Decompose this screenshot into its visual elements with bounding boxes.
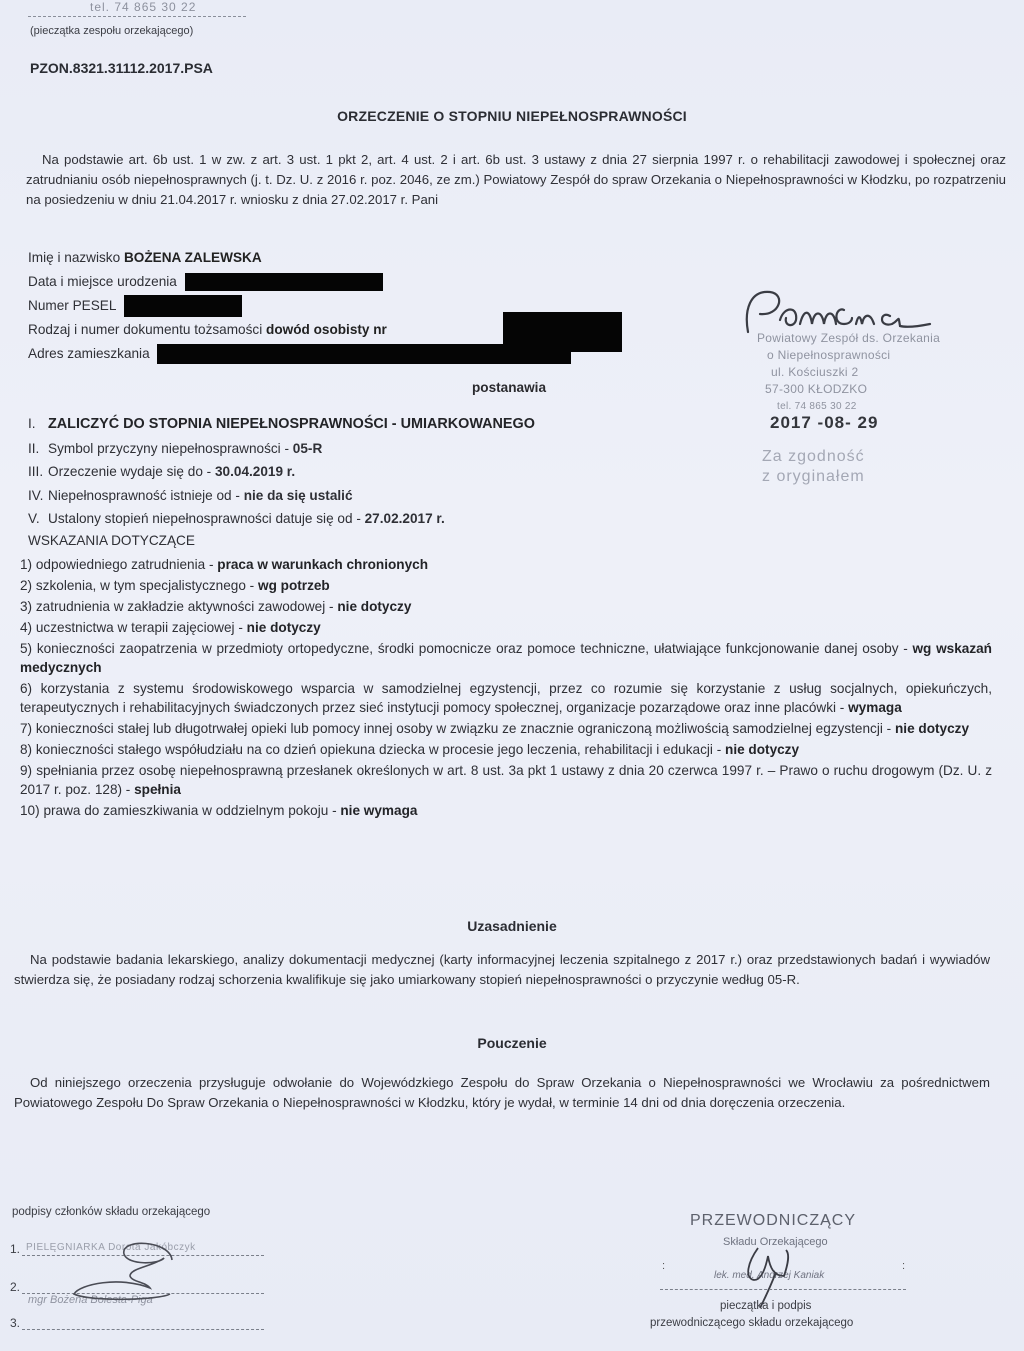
reference-number: PZON.8321.31112.2017.PSA xyxy=(30,60,213,76)
signature-line-3: 3. xyxy=(10,1316,264,1330)
indication-value: wg potrzeb xyxy=(258,578,330,593)
indication-item: 4) uczestnictwa w terapii zajęciowej - n… xyxy=(20,618,992,637)
indication-num: 4) xyxy=(20,620,32,635)
decision-heading-text: postanawia xyxy=(472,380,546,395)
birth-label: Data i miejsce urodzenia xyxy=(28,274,177,289)
decisions-list: I.ZALICZYĆ DO STOPNIA NIEPEŁNOSPRAWNOŚCI… xyxy=(28,412,535,552)
certification-stamp: Powiatowy Zespół ds. Orzekania o Niepełn… xyxy=(757,330,940,415)
decision-num: IV. xyxy=(28,484,48,508)
indication-text: prawa do zamieszkiwania w oddzielnym pok… xyxy=(43,803,340,818)
indication-num: 5) xyxy=(20,641,32,656)
justification-heading: Uzasadnienie xyxy=(0,918,1024,934)
document-title: ORZECZENIE O STOPNIU NIEPEŁNOSPRAWNOŚCI xyxy=(0,108,1024,124)
indication-item: 6) korzystania z systemu środowiskowego … xyxy=(20,679,992,717)
decision-value: 27.02.2017 r. xyxy=(365,511,445,526)
indication-num: 8) xyxy=(20,742,32,757)
decision-num: I. xyxy=(28,412,48,436)
signature-num: 2. xyxy=(10,1280,20,1294)
indication-text: szkolenia, w tym specjalistycznego - xyxy=(36,578,258,593)
pesel-label: Numer PESEL xyxy=(28,298,116,313)
team-stamp-phone: tel. 74 865 30 22 xyxy=(90,0,196,14)
name-row: Imię i nazwisko BOŻENA ZALEWSKA xyxy=(28,246,571,270)
id-doc-label: Rodzaj i numer dokumentu tożsamości xyxy=(28,322,262,337)
personal-data: Imię i nazwisko BOŻENA ZALEWSKA Data i m… xyxy=(28,246,571,366)
redaction-pesel xyxy=(124,295,242,317)
stamp-line-1: Powiatowy Zespół ds. Orzekania xyxy=(757,330,940,347)
decision-item: III.Orzeczenie wydaje się do - 30.04.201… xyxy=(28,460,535,484)
signature-dots xyxy=(22,1329,264,1330)
indication-text: konieczności stałego współudziału na co … xyxy=(36,742,725,757)
stamp-dotted-line xyxy=(28,16,246,17)
decision-text: Orzeczenie wydaje się do - xyxy=(48,464,215,479)
pesel-row: Numer PESEL xyxy=(28,294,571,318)
instruction-paragraph: Od niniejszego orzeczenia przysługuje od… xyxy=(14,1073,990,1113)
name-label: Imię i nazwisko xyxy=(28,250,120,265)
decision-main-text: ZALICZYĆ DO STOPNIA NIEPEŁNOSPRAWNOŚCI -… xyxy=(48,416,535,432)
indication-value: nie dotyczy xyxy=(337,599,411,614)
document-page: tel. 74 865 30 22 (pieczątka zespołu orz… xyxy=(0,0,1024,1351)
indication-item: 10) prawa do zamieszkiwania w oddzielnym… xyxy=(20,801,992,820)
indication-item: 8) konieczności stałego współudziału na … xyxy=(20,740,992,759)
decision-item: V.Ustalony stopień niepełnosprawności da… xyxy=(28,507,535,531)
indication-text: uczestnictwa w terapii zajęciowej - xyxy=(36,620,247,635)
stamp-line-3: ul. Kościuszki 2 xyxy=(757,364,940,381)
indication-value: spełnia xyxy=(134,782,181,797)
indication-item: 5) konieczności zaopatrzenia w przedmiot… xyxy=(20,639,992,677)
decision-text: Niepełnosprawność istnieje od - xyxy=(48,488,244,503)
decision-item: IV.Niepełnosprawność istnieje od - nie d… xyxy=(28,484,535,508)
indication-num: 6) xyxy=(20,681,32,696)
indication-item: 1) odpowiedniego zatrudnienia - praca w … xyxy=(20,555,992,574)
chairman-title: PRZEWODNICZĄCY xyxy=(690,1212,856,1230)
indication-num: 3) xyxy=(20,599,32,614)
indication-num: 10) xyxy=(20,803,40,818)
decision-text: Symbol przyczyny niepełnosprawności - xyxy=(48,441,293,456)
birth-row: Data i miejsce urodzenia xyxy=(28,270,571,294)
chairman-dotted-line xyxy=(660,1289,906,1290)
decision-value: 30.04.2019 r. xyxy=(215,464,295,479)
indication-item: 3) zatrudnienia w zakładzie aktywności z… xyxy=(20,597,992,616)
justification-text: Na podstawie badania lekarskiego, analiz… xyxy=(14,952,990,987)
decision-item: II.Symbol przyczyny niepełnosprawności -… xyxy=(28,437,535,461)
signature-num: 3. xyxy=(10,1316,20,1330)
decision-item: I.ZALICZYĆ DO STOPNIA NIEPEŁNOSPRAWNOŚCI… xyxy=(28,412,535,437)
indication-value: praca w warunkach chronionych xyxy=(217,557,428,572)
chairman-caption-2: przewodniczącego składu orzekającego xyxy=(650,1317,853,1329)
address-label: Adres zamieszkania xyxy=(28,346,150,361)
indication-value: nie dotyczy xyxy=(725,742,799,757)
team-stamp-caption: (pieczątka zespołu orzekającego) xyxy=(30,25,193,37)
redaction-id-number xyxy=(503,312,622,352)
indication-num: 1) xyxy=(20,557,32,572)
indication-item: 9) spełniania przez osobę niepełnosprawn… xyxy=(20,761,992,799)
indications-heading: WSKAZANIA DOTYCZĄCE xyxy=(28,529,535,553)
bracket-left: : xyxy=(662,1260,665,1272)
decision-heading: postanawia xyxy=(0,380,1024,395)
conformity-stamp: Za zgodność z oryginałem xyxy=(762,447,865,487)
indication-text: konieczności stałej lub długotrwałej opi… xyxy=(36,721,895,736)
indication-text: zatrudnienia w zakładzie aktywności zawo… xyxy=(36,599,337,614)
redaction-birth xyxy=(185,273,383,291)
instruction-heading: Pouczenie xyxy=(0,1035,1024,1051)
intro-paragraph: Na podstawie art. 6b ust. 1 w zw. z art.… xyxy=(26,150,1006,210)
indication-num: 9) xyxy=(20,763,32,778)
instruction-text: Od niniejszego orzeczenia przysługuje od… xyxy=(14,1075,990,1110)
decision-num: II. xyxy=(28,437,48,461)
indication-text: konieczności zaopatrzenia w przedmioty o… xyxy=(37,641,913,656)
name-value: BOŻENA ZALEWSKA xyxy=(124,250,262,265)
indication-num: 7) xyxy=(20,721,32,736)
indication-value: wymaga xyxy=(848,700,902,715)
members-signature-caption: podpisy członków składu orzekającego xyxy=(12,1206,210,1218)
indication-num: 2) xyxy=(20,578,32,593)
chairman-caption-1: pieczątka i podpis xyxy=(720,1300,811,1312)
indication-text: korzystania z systemu środowiskowego wsp… xyxy=(20,681,992,715)
address-row: Adres zamieszkania xyxy=(28,342,571,366)
stamp-line-2: o Niepełnosprawności xyxy=(757,347,940,364)
bracket-right: : xyxy=(902,1260,905,1272)
decision-value: 05-R xyxy=(293,441,322,456)
indication-value: nie dotyczy xyxy=(247,620,321,635)
decision-text: Ustalony stopień niepełnosprawności datu… xyxy=(48,511,365,526)
decision-value: nie da się ustalić xyxy=(244,488,353,503)
conformity-line-2: z oryginałem xyxy=(762,467,865,487)
certification-date: 2017 -08- 29 xyxy=(770,413,878,433)
decision-num: III. xyxy=(28,460,48,484)
intro-text: Na podstawie art. 6b ust. 1 w zw. z art.… xyxy=(26,152,1006,207)
conformity-line-1: Za zgodność xyxy=(762,447,865,467)
id-doc-row: Rodzaj i numer dokumentu tożsamości dowó… xyxy=(28,318,571,342)
indication-item: 2) szkolenia, w tym specjalistycznego - … xyxy=(20,576,992,595)
id-doc-value: dowód osobisty nr xyxy=(266,322,387,337)
indication-item: 7) konieczności stałej lub długotrwałej … xyxy=(20,719,992,738)
indication-value: nie dotyczy xyxy=(895,721,969,736)
indication-text: odpowiedniego zatrudnienia - xyxy=(36,557,217,572)
indication-value: nie wymaga xyxy=(340,803,417,818)
decision-num: V. xyxy=(28,507,48,531)
justification-paragraph: Na podstawie badania lekarskiego, analiz… xyxy=(14,950,990,990)
signature-num: 1. xyxy=(10,1242,20,1256)
indications-list: 1) odpowiedniego zatrudnienia - praca w … xyxy=(20,555,992,822)
member-signature-icon xyxy=(50,1236,230,1306)
